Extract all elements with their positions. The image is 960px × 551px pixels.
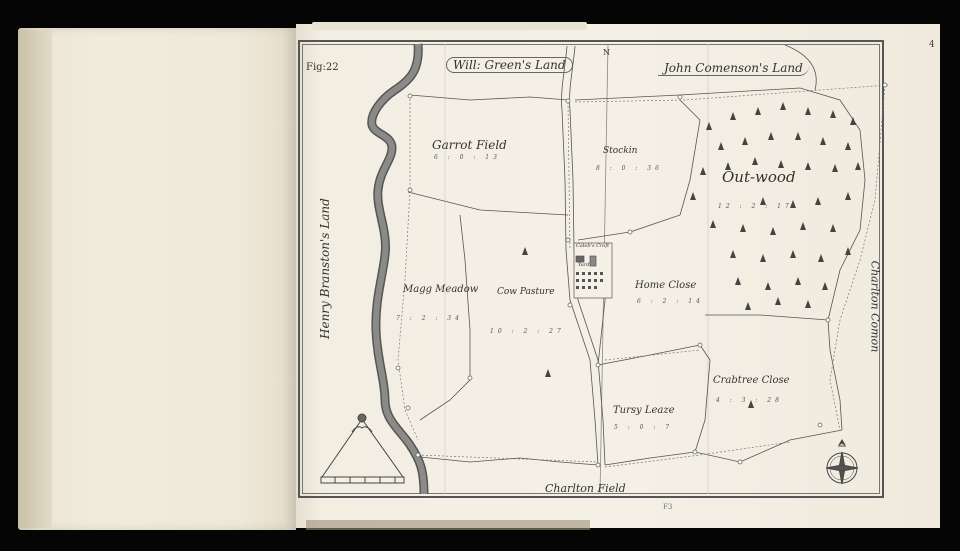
estate-map [0,0,960,551]
north-marker: N [603,48,610,57]
area-magg-meadow: 7 : 2 : 34 [396,315,463,322]
page-number: 4 [929,40,935,50]
field-out-wood: Out-wood [722,168,796,186]
woodland-tree-icons [522,102,861,408]
label-charlton-field: Charlton Field [545,482,626,495]
open-book: Fig:22 4 N Will: Green's Land John Comen… [0,0,960,551]
label-will-green-land: Will: Green's Land [446,57,573,73]
field-cow-pasture: Cow Pasture [497,287,555,297]
label-henry-branston-land: Henry Branston's Land [318,199,332,339]
label-caleb-croft: Caleb's Croft [576,243,609,249]
area-stockin: 8 : 0 : 36 [596,165,663,172]
field-garrot: Garrot Field [432,138,507,152]
area-tursy-leaze: 5 : 0 : 7 [614,424,673,431]
compass-rose [826,440,858,484]
farmstead [574,243,612,298]
field-crabtree-close: Crabtree Close [713,375,790,386]
figure-label: Fig:22 [306,62,339,73]
area-out-wood: 12 : 2 : 17 [718,203,793,210]
label-charlton-common: Charlton Comon [869,247,882,367]
field-tursy-leaze: Tursy Leaze [613,405,675,416]
signature-mark: F3 [663,503,672,511]
area-crabtree-close: 4 : 3 : 28 [716,397,783,404]
field-magg-meadow: Magg Meadow [403,284,478,295]
field-home-close: Home Close [635,280,696,291]
field-stockin: Stockin [603,146,637,156]
area-garrot: 6 : 0 : 13 [434,154,501,161]
area-cow-pasture: 10 : 2 : 27 [490,328,565,335]
area-home-close: 6 : 2 : 14 [637,298,704,305]
label-john-comenson-land: John Comenson's Land [658,61,809,76]
label-yard: Yard [578,262,589,268]
